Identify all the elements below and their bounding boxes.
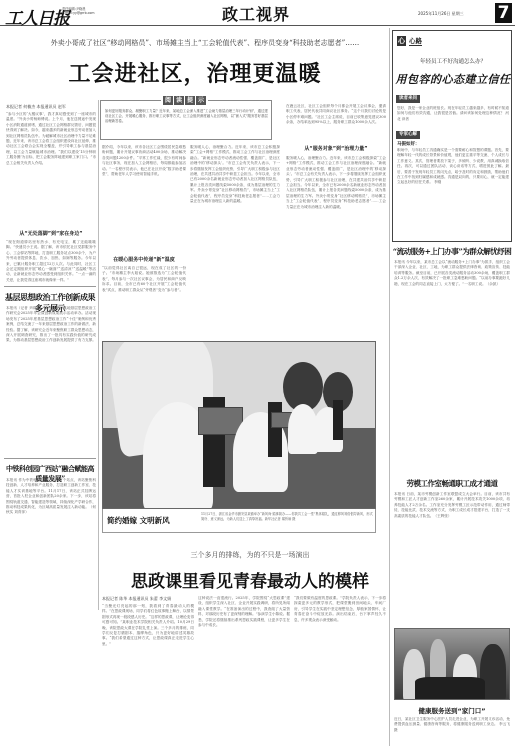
story-col3-text: “我们要做有温度的思政课。”学院负责人表示，下一步将探索更多元的教学形式，把课堂… bbox=[294, 596, 386, 744]
page-number: 7 bbox=[495, 3, 512, 23]
lead-byline: 本报记者 何楠杰 本报通讯员 赵军 bbox=[6, 104, 66, 110]
reading-tips-box: 阅 读 提 示 如何更好服务群众、凝聚职工力量？近年来，某地总工会深入推进“工会… bbox=[100, 100, 272, 140]
lead-col3-text: 在鹿云社区，社区工会组织每个月都会开展工会议事会，邀请职工代表、居民代表共同商议… bbox=[286, 104, 386, 142]
story-byline: 本报记者 陈华 本报通讯员 朱蕾 李文娟 bbox=[102, 596, 171, 602]
masthead: 工人日报 责任编辑:尹晓晨 E-mail:yy@grrb.com 政工视界 20… bbox=[0, 0, 515, 26]
column-title: 用包容的心态建立信任 bbox=[393, 71, 513, 87]
lead-col2-text: 据介绍，今年以来，该市各社区工会围绕居民急难愁盼问题，累计开展议事协商活动400… bbox=[102, 145, 186, 253]
reader-asks-tag: 读者来问 bbox=[396, 95, 420, 103]
sidebar-story-b-text: 本报讯 日前，某市劳模创新工作室联盟成立大会举行。目前，该市共有劳模和工匠人才创… bbox=[394, 492, 510, 624]
story-col1-text: “当聚光灯亮起的那一刻，我看到了青春最动人的模样。”在思政课现场，同学们将红色故… bbox=[102, 604, 194, 744]
lead-col2b-text: “以前觉得社区离自己很远，现在成了社区的一份子。”市场摊主李大姐说。她被推选为“… bbox=[102, 266, 186, 336]
health-photo-caption: 近日，某社区卫生服务中心医护人员走进企业，为职工开展义诊活动，免费提供血压测量、… bbox=[394, 717, 510, 745]
story-headline: 思政课里看见青春最动人的模样 bbox=[100, 567, 400, 592]
lead-col1b-text: “现在街道驿站里有热水、有充电宝，累了还能歇歇脚。”快递员小王说。据了解，该市依… bbox=[6, 240, 96, 282]
reader-question-text: 您好，我是一家企业的班组长。现在年轻员工越来越多，有时候不知道如何与他们有效沟通… bbox=[397, 106, 509, 128]
photo-caption-title: 简约婚嫁 文明新风 bbox=[107, 515, 170, 526]
lead-col2c-text: 服务暖人心，治理聚合力。近年来，该市总工会积极探索“工会+网格”工作模式，推动工… bbox=[190, 145, 280, 335]
xinlu-column-box: 心 心路 年轻员工不好沟通怎么办？ 用包容的心态建立信任 读者来问 您好，我是一… bbox=[392, 30, 512, 242]
xinlu-header: 心 心路 bbox=[397, 36, 422, 46]
lead-headline: 工会进社区，治理更温暖 bbox=[0, 57, 390, 88]
health-photo-title: 健康服务送到“家门口” bbox=[392, 706, 512, 715]
story-kicker: 三个多月的排练，为的不只是一场演出 bbox=[100, 550, 400, 560]
issue-date: 2025年11月26日 星期三 bbox=[418, 11, 464, 17]
reading-tips-text: 如何更好服务群众、凝聚职工力量？近年来，某地总工会深入推进“工会助力基层治理三年… bbox=[105, 109, 269, 124]
expert-answer-text: 职场中，与年轻员工沟通确实是一个需要耐心和智慧的课题。首先，要理解年轻一代的成长… bbox=[397, 148, 509, 240]
lead-col3b-text: 服务暖人心，治理聚合力。近年来，该市总工会积极探索“工会+网格”工作模式，推动工… bbox=[286, 156, 386, 336]
divider bbox=[4, 458, 96, 459]
wedding-photo bbox=[102, 341, 376, 509]
wedding-photo-caption: 简约婚嫁 文明新风 11月27日，浙江省金华市磐安县某镇举办“新风尚·婚事简办—… bbox=[102, 509, 376, 533]
column-question: 年轻员工不好沟通怎么办？ bbox=[393, 57, 513, 65]
story3-text: 本报讯 作为中铁科创园在广西的首个站点，该站聚焦科技创新、人才培养和产业服务，打… bbox=[6, 478, 96, 613]
sidebar-story-a-headline: “流动服务+上门办事”为群众解忧纾困 bbox=[392, 246, 512, 257]
story-col2-text: 这种说法一直很流行。2025年，学院围绕“大思政课”建设，组织学生深入社区、企业… bbox=[198, 596, 290, 744]
expert-answer-tag: 专家心解 bbox=[396, 131, 420, 139]
story2-text: 本报讯（记者 尹晓晨）11月20日，某地基层思想政治工作研究会2025年年会暨创… bbox=[6, 306, 96, 456]
sidebar-story-b-headline: 劳模工作室畅通职工成才通道 bbox=[392, 478, 512, 489]
answer-salutation: 马振如好： bbox=[397, 141, 420, 147]
health-service-photo bbox=[394, 628, 510, 700]
sidebar-story-a-text: 本报讯 今年以来，某市总工会以“流动服务+上门办事”为抓手，组织工会干部深入企业… bbox=[394, 260, 510, 474]
column-name: 心路 bbox=[409, 36, 422, 46]
newspaper-logo: 工人日报 bbox=[5, 4, 69, 29]
reading-tips-label: 阅 读 提 示 bbox=[161, 96, 208, 105]
lead-col1-text: “参与小区的‘大楼议事’，我才真切感受到了一座城市的温度。”外卖小哥杨师傅说。上… bbox=[6, 112, 96, 226]
photo-caption-text: 11月27日，浙江省金华市磐安县某镇举办“新风尚·婚事简办——你我共工会一堂”集… bbox=[201, 512, 373, 522]
editor-info: 责任编辑:尹晓晨 E-mail:yy@grrb.com bbox=[62, 7, 94, 15]
lead-subhead-2: 在暖心服务中传递“新”温度 bbox=[102, 256, 186, 263]
divider bbox=[4, 286, 96, 287]
column-divider bbox=[389, 28, 390, 746]
lead-kicker: 外卖小哥成了社区“移动网格员”、市场摊主当上“工会轮值代表”、程序员变身“科技助… bbox=[20, 38, 390, 48]
lead-subhead-1: 从“无处落脚”到“家在身边” bbox=[6, 230, 96, 237]
section-title: 政工视界 bbox=[222, 2, 290, 25]
heart-road-icon: 心 bbox=[397, 36, 406, 46]
lead-subhead-3: 从“服务对象”到“治理力量” bbox=[286, 145, 386, 152]
column-divider bbox=[98, 100, 99, 610]
